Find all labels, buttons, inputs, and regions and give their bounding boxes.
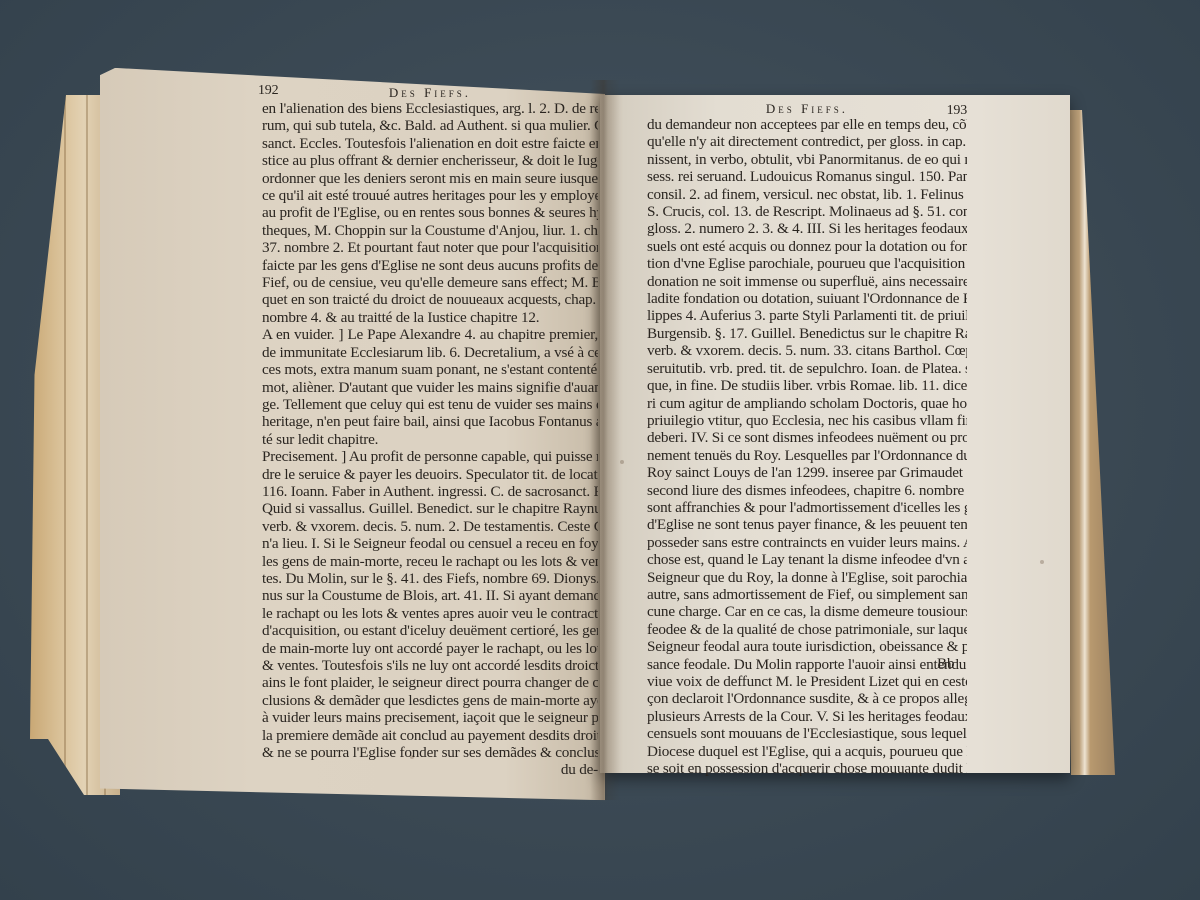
text-line: quet en son traicté du droict de nouueau… [262, 291, 598, 308]
text-line: viue voix de deffunct M. le President Li… [647, 673, 967, 690]
text-line: 116. Ioann. Faber in Authent. ingressi. … [262, 483, 598, 500]
text-line: de immunitate Ecclesiarum lib. 6. Decret… [262, 344, 598, 361]
text-line: ge. Tellement que celuy qui est tenu de … [262, 396, 598, 413]
text-line: çon declaroit l'Ordonnance susdite, & à … [647, 690, 967, 707]
text-line: té sur ledit chapitre. [262, 431, 598, 448]
text-line: verb. & vxorem. decis. 5. num. 33. citan… [647, 342, 967, 359]
text-line: sance feodale. Du Molin rapporte l'auoir… [647, 656, 967, 673]
text-line: & ventes. Toutesfois s'ils ne luy ont ac… [262, 657, 598, 674]
text-line: d'acquisition, ou estant d'iceluy deuëme… [262, 622, 598, 639]
text-line: clusions & demãder que lesdictes gens de… [262, 692, 598, 709]
text-line: ces mots, extra manum suam ponant, ne s'… [262, 361, 598, 378]
text-line: Quid si vassallus. Guillel. Benedict. su… [262, 500, 598, 517]
running-head: Des Fiefs. [262, 84, 598, 101]
right-page-text: Des Fiefs. 193 du demandeur non acceptee… [647, 100, 967, 777]
text-line: sanct. Eccles. Toutesfois l'alienation e… [262, 135, 598, 152]
text-line: deberi. IV. Si ce sont dismes infeodees … [647, 429, 967, 446]
text-line: cune charge. Car en ce cas, la disme dem… [647, 603, 967, 620]
text-line: autre, sans admortissement de Fief, ou s… [647, 586, 967, 603]
text-line: Fief, ou de censiue, veu qu'elle demeure… [262, 274, 598, 291]
text-line: chose est, quand le Lay tenant la disme … [647, 551, 967, 568]
text-line: sess. rei seruand. Ludouicus Romanus sin… [647, 168, 967, 185]
text-line: nus sur la Coustume de Blois, art. 41. I… [262, 587, 598, 604]
text-line: les gens de main-morte, receu le rachapt… [262, 553, 598, 570]
right-page-header: Des Fiefs. 193 [647, 100, 967, 116]
text-line: en l'alienation des biens Ecclesiastique… [262, 100, 598, 117]
text-line: ains le font plaider, le seigneur direct… [262, 674, 598, 691]
left-page-text: 192 Des Fiefs. en l'alienation des biens… [262, 84, 598, 779]
text-line: Burgensib. §. 17. Guillel. Benedictus su… [647, 325, 967, 342]
text-line: plusieurs Arrests de la Cour. V. Si les … [647, 708, 967, 725]
text-line: ordonner que les deniers seront mis en m… [262, 170, 598, 187]
text-line: ladite fondation ou dotation, suiuant l'… [647, 290, 967, 307]
text-line: à vuider leurs mains precisement, iaçoit… [262, 709, 598, 726]
text-line: d'Eglise ne sont tenus payer finance, & … [647, 516, 967, 533]
text-line: ri cum agitur de ampliando scholam Docto… [647, 395, 967, 412]
text-line: 37. nombre 2. Et pourtant faut noter que… [262, 239, 598, 256]
text-line: faicte par les gens d'Eglise ne sont deu… [262, 257, 598, 274]
text-line: rum, qui sub tutela, &c. Bald. ad Authen… [262, 117, 598, 134]
text-line: le rachapt ou les lots & ventes apres au… [262, 605, 598, 622]
paper-spot [620, 460, 624, 464]
text-line: ce qu'il ait esté trouué autres heritage… [262, 187, 598, 204]
text-line: gloss. 2. numero 2. 3. & 4. III. Si les … [647, 220, 967, 237]
text-line: dre le seruice & payer les deuoirs. Spec… [262, 466, 598, 483]
text-line: suels ont esté acquis ou donnez pour la … [647, 238, 967, 255]
text-line: verb. & vxorem. decis. 5. num. 2. De tes… [262, 518, 598, 535]
text-line: consil. 2. ad finem, versicul. nec obsta… [647, 186, 967, 203]
page-number: 193 [947, 102, 967, 119]
text-line: second liure des dismes infeodees, chapi… [647, 482, 967, 499]
text-line: Precisement. ] Au profit de personne cap… [262, 448, 598, 465]
text-line: que, in fine. De studiis liber. vrbis Ro… [647, 377, 967, 394]
text-line: tes. Du Molin, sur le §. 41. des Fiefs, … [262, 570, 598, 587]
text-line: nombre 4. & au traitté de la Iustice cha… [262, 309, 598, 326]
running-head: Des Fiefs. [647, 100, 967, 117]
text-line: theques, M. Choppin sur la Coustume d'An… [262, 222, 598, 239]
text-line: Roy sainct Louys de l'an 1299. inseree p… [647, 464, 967, 481]
text-line: sont affranchies & pour l'admortissement… [647, 499, 967, 516]
text-line: qu'elle n'y ait directement contredict, … [647, 133, 967, 150]
text-line: lippes 4. Auferius 3. parte Styli Parlam… [647, 307, 967, 324]
text-line: mot, alièner. D'autant que vuider les ma… [262, 379, 598, 396]
text-line: S. Crucis, col. 13. de Rescript. Molinae… [647, 203, 967, 220]
text-line: se soit en possession d'acquerir chose m… [647, 760, 967, 777]
right-page-body: du demandeur non acceptees par elle en t… [647, 116, 967, 777]
text-line: censuels sont mouuans de l'Ecclesiastiqu… [647, 725, 967, 742]
text-line: la premiere demãde ait conclud au payeme… [262, 727, 598, 744]
text-line: du de- [262, 761, 598, 778]
text-line: donation ne soit immense ou superfluë, a… [647, 273, 967, 290]
text-line: tion d'vne Eglise parochiale, pourueu qu… [647, 255, 967, 272]
text-line: posseder sans estre contraincts en vuide… [647, 534, 967, 551]
text-line: & ne se pourra l'Eglise fonder sur ses d… [262, 744, 598, 761]
text-line: du demandeur non acceptees par elle en t… [647, 116, 967, 133]
text-line: stice au plus offrant & dernier encheris… [262, 152, 598, 169]
left-page-header: 192 Des Fiefs. [262, 84, 598, 100]
text-line: Seigneur que du Roy, la donne à l'Eglise… [647, 569, 967, 586]
text-line: nement tenuës du Roy. Lesquelles par l'O… [647, 447, 967, 464]
text-line: nissent, in verbo, obtulit, vbi Panormit… [647, 151, 967, 168]
paper-spot [1040, 560, 1044, 564]
text-line: Diocese duquel est l'Eglise, qui a acqui… [647, 743, 967, 760]
text-line: priuilegio vtitur, quo Ecclesia, nec his… [647, 412, 967, 429]
text-line: de main-morte luy ont accordé payer le r… [262, 640, 598, 657]
left-page-body: en l'alienation des biens Ecclesiastique… [262, 100, 598, 779]
text-line: Seigneur feodal aura toute iurisdiction,… [647, 638, 967, 655]
text-line: seruitutib. vrb. pred. tit. de sepulchro… [647, 360, 967, 377]
text-line: feodee & de la qualité de chose patrimon… [647, 621, 967, 638]
text-line: n'a lieu. I. Si le Seigneur feodal ou ce… [262, 535, 598, 552]
text-line: au profit de l'Eglise, ou en rentes sous… [262, 204, 598, 221]
signature-mark: Bb [937, 656, 955, 673]
text-line: A en vuider. ] Le Pape Alexandre 4. au c… [262, 326, 598, 343]
text-line: heritage, n'en peut faire bail, ainsi qu… [262, 413, 598, 430]
